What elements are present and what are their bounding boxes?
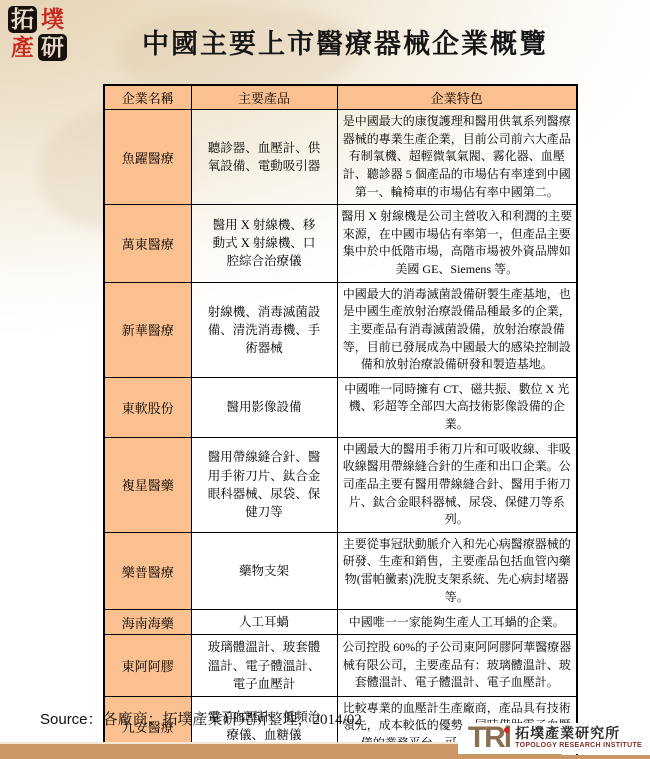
company-features: 主要從事冠狀動脈介入和先心病醫療器械的研發、生產和銷售，主要產品包括血管內藥物(… [337,532,577,610]
table-row: 東軟股份 醫用影像設備 中國唯一同時擁有 CT、磁共振、數位 X 光機、彩超等全… [104,377,577,437]
company-features: 中國唯一一家能夠生產人工耳蝸的企業。 [337,610,577,635]
company-products: 人工耳蝸 [191,610,337,635]
company-name: 複星醫藥 [104,437,191,532]
table-row: 樂普醫療 藥物支架 主要從事冠狀動脈介入和先心病醫療器械的研發、生產和銷售，主要… [104,532,577,610]
seal-char: 產 [8,34,37,61]
header-company-features: 企業特色 [337,85,577,110]
table-row: 魚躍醫療 聽診器、血壓計、供氧設備、電動吸引器 是中國最大的康復護理和醫用供氧系… [104,110,577,205]
company-name: 東阿阿膠 [104,635,191,696]
company-features: 醫用 X 射線機是公司主營收入和利潤的主要來源，在中國市場佔有率第一，但產品主要… [337,205,577,283]
page-title: 中國主要上市醫療器械企業概覽 [75,22,615,61]
tri-wordmark: TRi [468,725,510,751]
company-features: 中國最大的醫用手術刀片和可吸收線、非吸收線醫用帶線縫合針的生產和出口企業。公司產… [337,437,577,532]
company-products: 射線機、消毒滅菌設備、清洗消毒機、手術器械 [191,282,337,377]
table-row: 新華醫療 射線機、消毒滅菌設備、清洗消毒機、手術器械 中國最大的消毒滅菌設備研製… [104,282,577,377]
company-products: 醫用影像設備 [191,377,337,437]
company-name: 萬東醫療 [104,205,191,283]
companies-table: 企業名稱 主要產品 企業特色 魚躍醫療 聽診器、血壓計、供氧設備、電動吸引器 是… [103,84,578,758]
company-features: 中國最大的消毒滅菌設備研製生產基地，也是中國生產放射治療設備品種最多的企業，主要… [337,282,577,377]
company-name: 東軟股份 [104,377,191,437]
table-body: 魚躍醫療 聽診器、血壓計、供氧設備、電動吸引器 是中國最大的康復護理和醫用供氧系… [104,110,577,757]
tri-seal-logo: 拓 墣 產 研 [8,6,67,61]
company-name: 新華醫療 [104,282,191,377]
company-features: 中國唯一同時擁有 CT、磁共振、數位 X 光機、彩超等全部四大高技術影像設備的企… [337,377,577,437]
header-company-name: 企業名稱 [104,85,191,110]
company-features: 公司控股 60%的子公司東阿阿膠阿華醫療器械有限公司，主要產品有：玻璃體溫計、玻… [337,635,577,696]
tri-wordmark-text: TRi [468,721,510,754]
company-name: 魚躍醫療 [104,110,191,205]
source-note: Source：各廠商；拓墣產業研究所整理，2014/02 [40,708,362,729]
tri-footer-logo: TRi 拓墣產業研究所 TOPOLOGY RESEARCH INSTITUTE [458,723,646,754]
table-row: 東阿阿膠 玻璃體溫計、玻套體溫計、電子體溫計、電子血壓計 公司控股 60%的子公… [104,635,577,696]
source-label: Source [40,711,88,728]
table-row: 萬東醫療 醫用 X 射線機、移動式 X 射線機、口腔綜合治療儀 醫用 X 射線機… [104,205,577,283]
table-row: 複星醫藥 醫用帶線縫合針、醫用手術刀片、鈦合金眼科器械、尿袋、保健刀等 中國最大… [104,437,577,532]
company-features: 是中國最大的康復護理和醫用供氧系列醫療器械的專業生產企業，目前公司前六大產品有制… [337,110,577,205]
company-products: 醫用 X 射線機、移動式 X 射線機、口腔綜合治療儀 [191,205,337,283]
tri-english-name: TOPOLOGY RESEARCH INSTITUTE [515,742,642,750]
company-products: 醫用帶線縫合針、醫用手術刀片、鈦合金眼科器械、尿袋、保健刀等 [191,437,337,532]
company-name: 樂普醫療 [104,532,191,610]
table-header-row: 企業名稱 主要產品 企業特色 [104,85,577,110]
table-row: 海南海藥 人工耳蝸 中國唯一一家能夠生產人工耳蝸的企業。 [104,610,577,635]
company-products: 聽診器、血壓計、供氧設備、電動吸引器 [191,110,337,205]
source-text: ：各廠商；拓墣產業研究所整理，2014/02 [88,712,362,728]
company-name: 海南海藥 [104,610,191,635]
seal-char: 拓 [8,6,37,33]
company-products: 藥物支架 [191,532,337,610]
seal-char: 墣 [38,6,67,33]
seal-char: 研 [38,34,67,61]
slide: 拓 墣 產 研 中國主要上市醫療器械企業概覽 企業名稱 主要產品 企業特色 魚躍… [0,0,650,759]
company-products: 玻璃體溫計、玻套體溫計、電子體溫計、電子血壓計 [191,635,337,696]
tri-chinese-name: 拓墣產業研究所 [515,727,642,742]
footer-bar-strip [480,755,650,759]
header-main-products: 主要產品 [191,85,337,110]
tri-name-block: 拓墣產業研究所 TOPOLOGY RESEARCH INSTITUTE [515,727,642,750]
